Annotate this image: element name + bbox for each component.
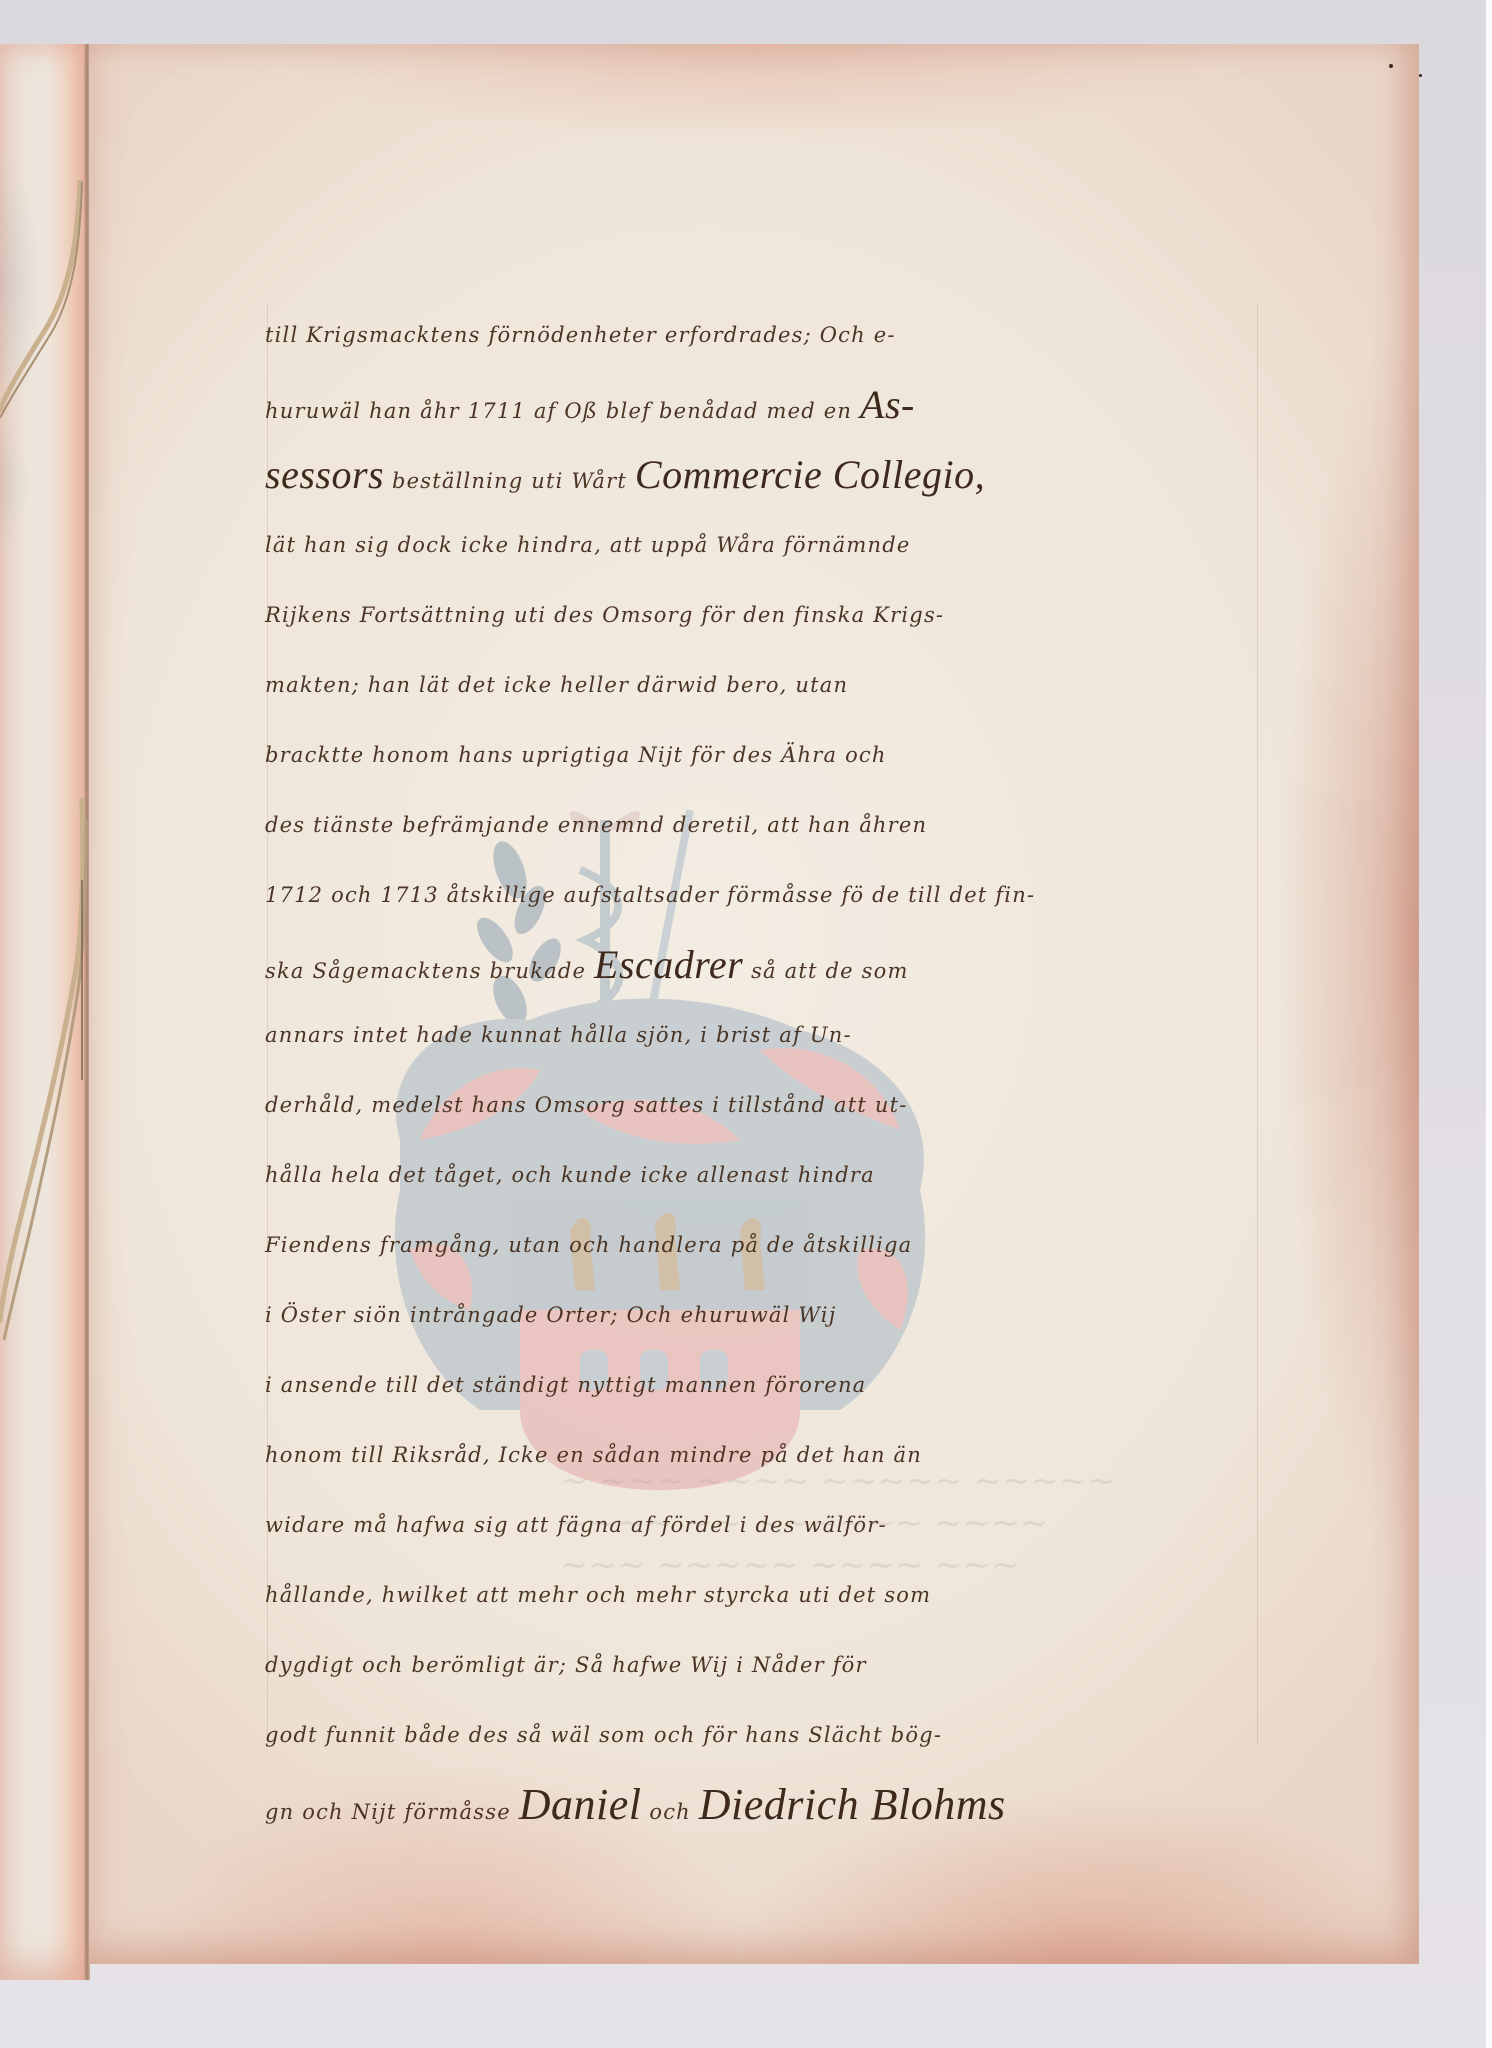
cursive-text: honom till Riksråd, Icke en sådan mindre… [265, 1443, 922, 1467]
manuscript-line: annars intet hade kunnat hålla sjön, i b… [265, 1000, 1315, 1070]
manuscript-line: dygdigt och berömligt är; Så hafwe Wij i… [265, 1630, 1315, 1700]
latin-script-term: Daniel [519, 1780, 642, 1829]
cursive-text: dygdigt och berömligt är; Så hafwe Wij i… [265, 1653, 867, 1677]
manuscript-line: widare må hafwa sig att fägna af fördel … [265, 1490, 1315, 1560]
manuscript-line: hållande, hwilket att mehr och mehr styr… [265, 1560, 1315, 1630]
latin-script-term: Escadrer [594, 942, 743, 987]
cursive-text: 1712 och 1713 åtskillige aufstaltsader f… [265, 883, 1035, 907]
latin-script-term: Diedrich Blohms [699, 1780, 1006, 1829]
cursive-text: så att de som [743, 959, 908, 983]
manuscript-line: sessors beställning uti Wårt Commercie C… [265, 440, 1315, 510]
cursive-text: beställning uti Wårt [384, 469, 635, 493]
manuscript-line-signature: gn och Nijt förmåsse Daniel och Diedrich… [265, 1770, 1315, 1840]
latin-script-term: As- [860, 382, 915, 427]
manuscript-text: till Krigsmacktens förnödenheter erfordr… [265, 300, 1315, 1840]
manuscript-line: 1712 och 1713 åtskillige aufstaltsader f… [265, 860, 1315, 930]
cursive-text: makten; han lät det icke heller därwid b… [265, 673, 848, 697]
cursive-text: ska Sågemacktens brukade [265, 959, 594, 983]
manuscript-line: lät han sig dock icke hindra, att uppå W… [265, 510, 1315, 580]
manuscript-line: honom till Riksråd, Icke en sådan mindre… [265, 1420, 1315, 1490]
manuscript-line: derhåld, medelst hans Omsorg sattes i ti… [265, 1070, 1315, 1140]
manuscript-line: till Krigsmacktens förnödenheter erfordr… [265, 300, 1315, 370]
cursive-text: widare må hafwa sig att fägna af fördel … [265, 1513, 887, 1537]
manuscript-line: huruwäl han åhr 1711 af Oß blef benådad … [265, 370, 1315, 440]
manuscript-line: hålla hela det tåget, och kunde icke all… [265, 1140, 1315, 1210]
cursive-text: annars intet hade kunnat hålla sjön, i b… [265, 1023, 852, 1047]
manuscript-line: godt funnit både des så wäl som och för … [265, 1700, 1315, 1770]
cursive-text: des tiänste befrämjande ennemnd deretil,… [265, 813, 927, 837]
cursive-text: hålla hela det tåget, och kunde icke all… [265, 1163, 875, 1187]
ink-speck [1419, 74, 1422, 77]
cursive-text: och [641, 1800, 698, 1824]
scan-edge-strip [1486, 0, 1492, 2048]
manuscript-line: bracktte honom hans uprigtiga Nijt för d… [265, 720, 1315, 790]
cursive-text: bracktte honom hans uprigtiga Nijt för d… [265, 743, 887, 767]
latin-script-term: Commercie Collegio, [635, 452, 985, 497]
cursive-text: hållande, hwilket att mehr och mehr styr… [265, 1583, 931, 1607]
manuscript-line: makten; han lät det icke heller därwid b… [265, 650, 1315, 720]
cursive-text: till Krigsmacktens förnödenheter erfordr… [265, 323, 896, 347]
cursive-text: huruwäl han åhr 1711 af Oß blef benådad … [265, 399, 860, 423]
cursive-text: lät han sig dock icke hindra, att uppå W… [265, 533, 910, 557]
manuscript-line: des tiänste befrämjande ennemnd deretil,… [265, 790, 1315, 860]
cursive-text: i ansende till det ständigt nyttigt mann… [265, 1373, 866, 1397]
cursive-text: gn och Nijt förmåsse [265, 1800, 519, 1824]
cursive-text: i Öster siön intrångade Orter; Och ehuru… [265, 1303, 836, 1327]
cursive-text: Fiendens framgång, utan och handlera på … [265, 1233, 912, 1257]
cursive-text: derhåld, medelst hans Omsorg sattes i ti… [265, 1093, 908, 1117]
cursive-text: Rijkens Fortsättning uti des Omsorg för … [265, 603, 944, 627]
manuscript-line: Fiendens framgång, utan och handlera på … [265, 1210, 1315, 1280]
manuscript-line: Rijkens Fortsättning uti des Omsorg för … [265, 580, 1315, 650]
ink-speck [1389, 64, 1393, 68]
binding-string-icon [0, 180, 90, 1780]
manuscript-line: ska Sågemacktens brukade Escadrer så att… [265, 930, 1315, 1000]
latin-script-term: sessors [265, 452, 384, 497]
cursive-text: godt funnit både des så wäl som och för … [265, 1723, 942, 1747]
manuscript-line: i Öster siön intrångade Orter; Och ehuru… [265, 1280, 1315, 1350]
manuscript-line: i ansende till det ständigt nyttigt mann… [265, 1350, 1315, 1420]
